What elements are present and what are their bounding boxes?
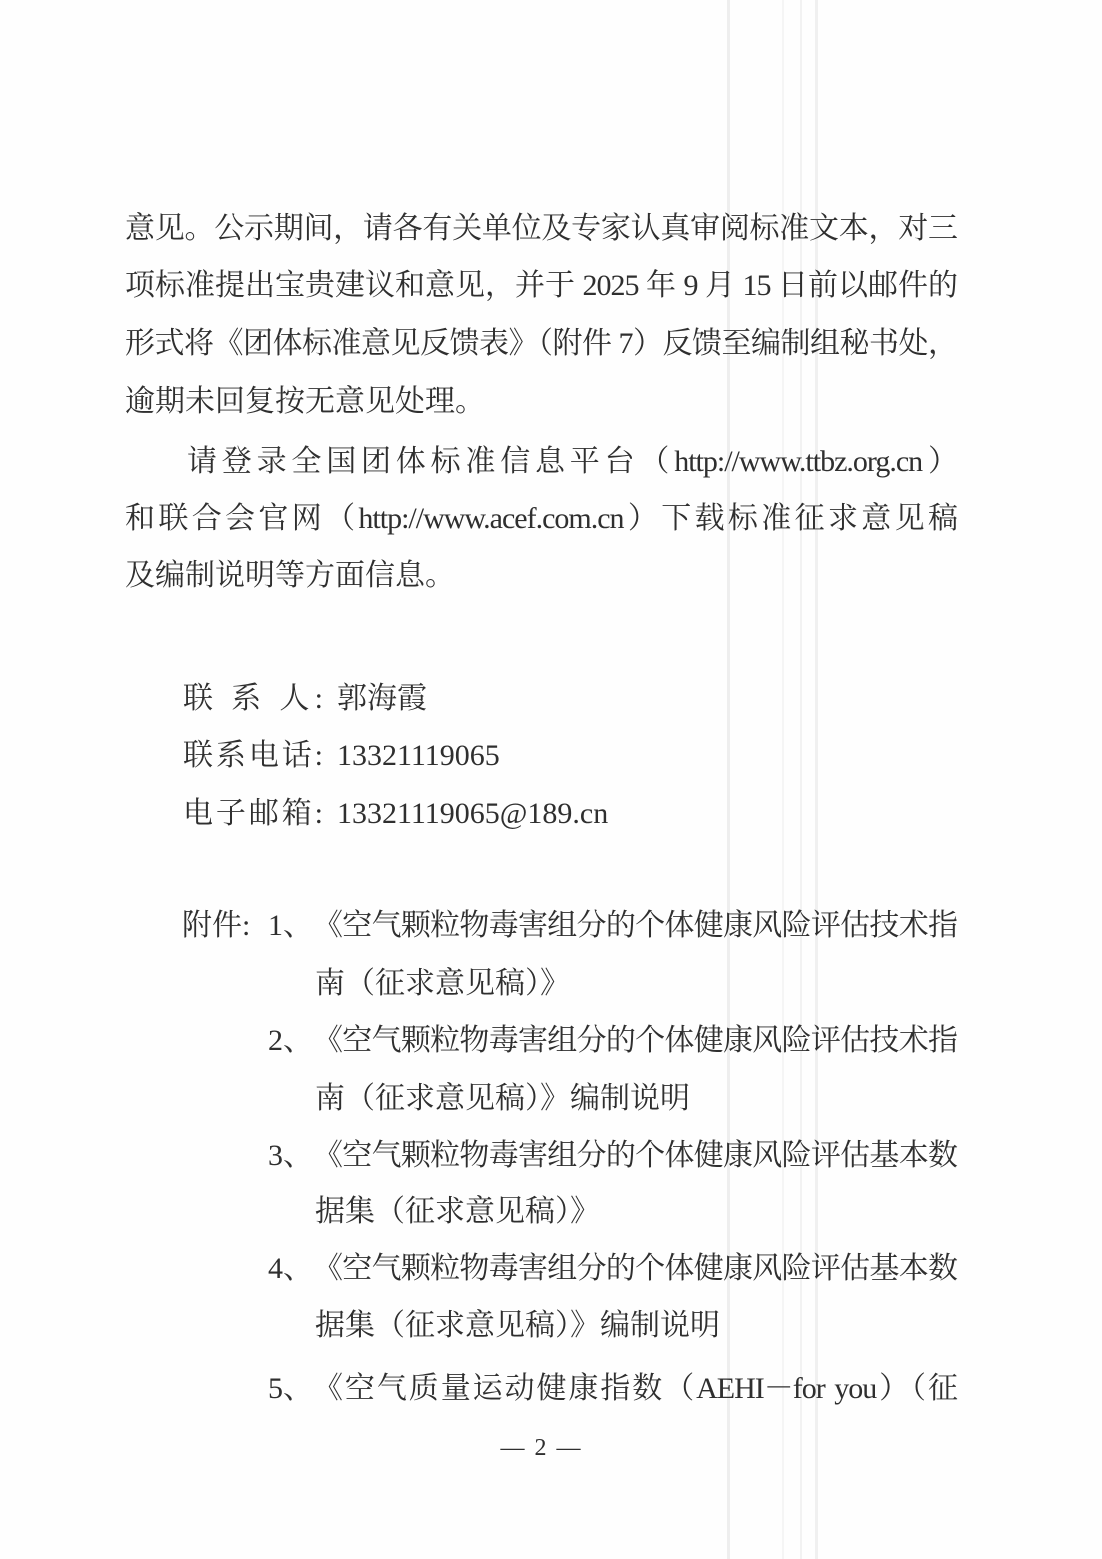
attachment-item-number: 3、 xyxy=(268,1136,313,1176)
attachment-item-line: 3、 《空气颗粒物毒害组分的个体健康风险评估基本数 xyxy=(268,1136,957,1176)
attachment-item-title-line: 《空气颗粒物毒害组分的个体健康风险评估基本数 xyxy=(313,1249,957,1289)
attachment-item-line: 附件: 1、 《空气颗粒物毒害组分的个体健康风险评估技术指 xyxy=(182,906,957,946)
attachment-item-line: 5、 《空气质量运动健康指数（AEHI－for you）（征 xyxy=(268,1369,957,1409)
contact-phone-line: 联系电话:13321119065 xyxy=(183,736,1015,776)
body-text-line: 项标准提出宝贵建议和意见，并于 2025 年 9 月 15 日前以邮件的 xyxy=(125,266,957,306)
body-text-line: 逾期未回复按无意见处理。 xyxy=(125,382,957,422)
attachment-item-title-line: 《空气质量运动健康指数（AEHI－for you）（征 xyxy=(313,1369,957,1409)
body-text-line: 请登录全国团体标准信息平台（http://www.ttbz.org.cn） xyxy=(187,442,957,482)
attachments-label: 附件: xyxy=(182,906,268,946)
attachment-item-number: 5、 xyxy=(268,1369,313,1409)
contact-email-label: 电子邮箱: xyxy=(183,794,323,834)
contact-person-line: 联 系 人:郭海霞 xyxy=(183,679,1015,719)
attachment-item-number: 1、 xyxy=(268,906,313,946)
attachment-item-number: 2、 xyxy=(268,1021,313,1061)
scanned-document-page: 意见。公示期间，请各有关单位及专家认真审阅标准文本，对三 项标准提出宝贵建议和意… xyxy=(0,0,1102,1559)
attachment-item-number: 4、 xyxy=(268,1249,313,1289)
body-text-line: 意见。公示期间，请各有关单位及专家认真审阅标准文本，对三 xyxy=(125,209,957,249)
attachment-item-line: 4、 《空气颗粒物毒害组分的个体健康风险评估基本数 xyxy=(268,1249,957,1289)
contact-phone-label: 联系电话: xyxy=(183,736,323,776)
body-text-line: 和联合会官网（http://www.acef.com.cn）下载标准征求意见稿 xyxy=(125,499,957,539)
contact-person-value: 郭海霞 xyxy=(337,682,427,715)
attachment-item-title-line: 《空气颗粒物毒害组分的个体健康风险评估技术指 xyxy=(313,906,957,946)
attachment-item-line: 2、 《空气颗粒物毒害组分的个体健康风险评估技术指 xyxy=(268,1021,957,1061)
contact-person-label: 联 系 人: xyxy=(183,679,323,719)
attachment-item-title-continuation: 南（征求意见稿）》 xyxy=(315,964,1102,1004)
attachment-item-title-continuation: 据集（征求意见稿）》编制说明 xyxy=(315,1306,1102,1346)
attachment-item-title-continuation: 南（征求意见稿）》编制说明 xyxy=(315,1079,1102,1119)
body-text-line: 及编制说明等方面信息。 xyxy=(125,556,957,596)
attachment-item-title-line: 《空气颗粒物毒害组分的个体健康风险评估技术指 xyxy=(313,1021,957,1061)
contact-email-value: 13321119065@189.cn xyxy=(337,797,608,830)
contact-phone-value: 13321119065 xyxy=(337,739,500,772)
attachment-item-title-continuation: 据集（征求意见稿）》 xyxy=(315,1192,1102,1232)
contact-email-line: 电子邮箱:13321119065@189.cn xyxy=(183,794,1015,834)
page-number: — 2 — xyxy=(125,1428,957,1468)
body-text-line: 形式将《团体标准意见反馈表》（附件 7）反馈至编制组秘书处， xyxy=(125,324,957,364)
attachment-item-title-line: 《空气颗粒物毒害组分的个体健康风险评估基本数 xyxy=(313,1136,957,1176)
